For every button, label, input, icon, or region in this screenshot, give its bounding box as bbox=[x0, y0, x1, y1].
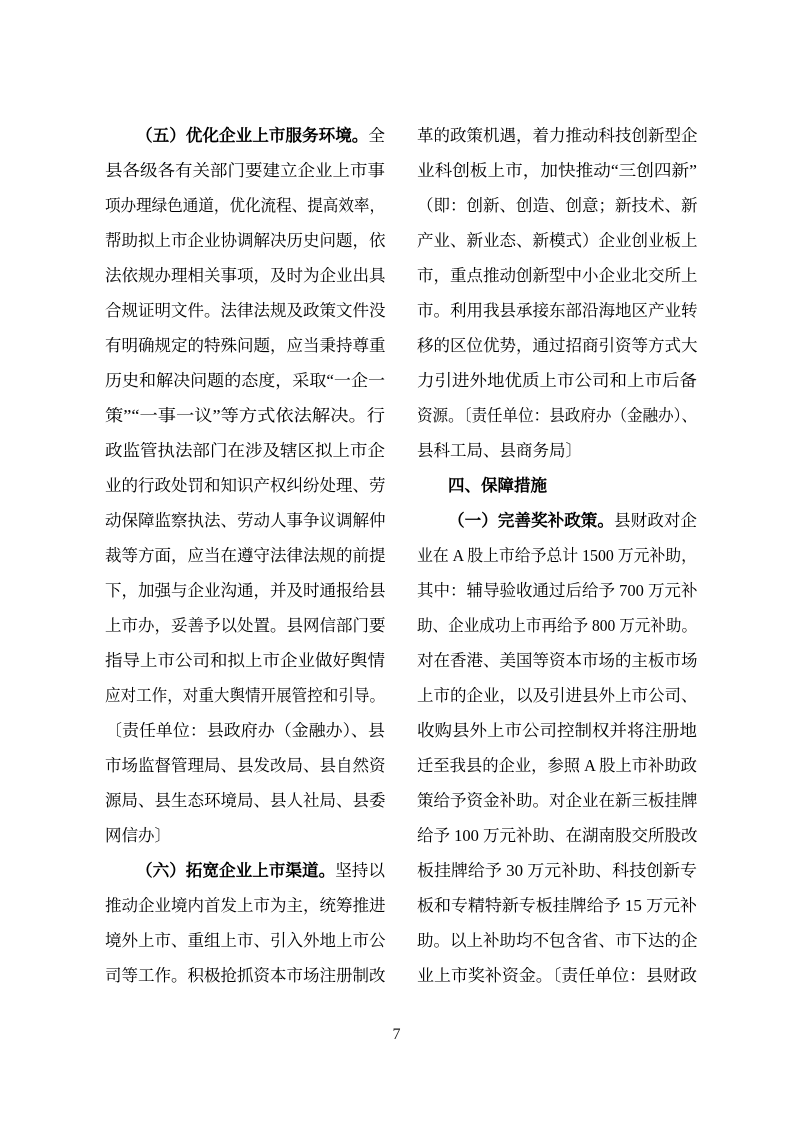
line-content: 市，重点推动创新型中小企业北交所上 bbox=[417, 258, 698, 293]
text-run: 策给予资金补助。对企业在新三板挂牌 bbox=[417, 791, 698, 810]
line-content: 合规证明文件。法律法规及政策文件没 bbox=[105, 293, 386, 328]
text-run: 助、企业成功上市再给予 800 万元补助。 bbox=[417, 616, 697, 635]
body-text-line: 助、企业成功上市再给予 800 万元补助。 bbox=[417, 608, 697, 643]
text-run: 全 bbox=[368, 126, 385, 145]
line-content: 法依规办理相关事项，及时为企业出具 bbox=[105, 258, 386, 293]
page-number: 7 bbox=[0, 1022, 793, 1048]
text-column-right: 革的政策机遇，着力推动科技创新型企业科创板上市，加快推动“三创四新”（即：创新、… bbox=[417, 118, 697, 993]
text-run: 上市办，妥善予以处置。县网信部门要 bbox=[105, 616, 386, 635]
body-text-line: 力引进外地优质上市公司和上市后备 bbox=[417, 363, 697, 398]
text-run: 县科工局、县商务局〕 bbox=[417, 441, 582, 460]
line-content: 市。利用我县承接东部沿海地区产业转 bbox=[417, 293, 698, 328]
text-run: 坚持以 bbox=[335, 861, 385, 880]
line-content: （即：创新、创造、创意；新技术、新 bbox=[417, 188, 698, 223]
body-text-line: 收购县外上市公司控制权并将注册地 bbox=[417, 713, 697, 748]
body-text-line: 给予 100 万元补助、在湖南股交所股改 bbox=[417, 818, 697, 853]
line-content: 县各级各有关部门要建立企业上市事 bbox=[105, 153, 385, 188]
text-run: 迁至我县的企业，参照 A 股上市补助政 bbox=[417, 756, 697, 775]
document-page: （五）优化企业上市服务环境。全县各级各有关部门要建立企业上市事项办理绿色通道，优… bbox=[0, 0, 793, 1122]
text-run: 动保障监察执法、劳动人事争议调解仲 bbox=[105, 511, 386, 530]
body-text-line: （一）完善奖补政策。县财政对企 bbox=[417, 503, 697, 538]
text-run: 资源。〔责任单位：县政府办（金融办）、 bbox=[417, 406, 697, 425]
body-text-line: 革的政策机遇，着力推动科技创新型企 bbox=[417, 118, 697, 153]
bold-heading-run: （六）拓宽企业上市渠道。 bbox=[136, 862, 335, 880]
section-heading-line: 四、保障措施 bbox=[417, 468, 697, 503]
text-run: 历史和解决问题的态度，采取“一企一 bbox=[105, 371, 385, 390]
line-content: 业在 A 股上市给予总计 1500 万元补助， bbox=[417, 538, 697, 573]
line-content: （六）拓宽企业上市渠道。坚持以 bbox=[136, 853, 385, 889]
line-content: 革的政策机遇，着力推动科技创新型企 bbox=[417, 118, 698, 153]
text-run: 移的区位优势，通过招商引资等方式大 bbox=[417, 336, 698, 355]
body-text-line: 境外上市、重组上市、引入外地上市公 bbox=[105, 923, 385, 958]
line-content: 产业、新业态、新模式）企业创业板上 bbox=[417, 223, 698, 258]
body-text-line: 有明确规定的特殊问题，应当秉持尊重 bbox=[105, 328, 385, 363]
body-text-line: 源局、县生态环境局、县人社局、县委 bbox=[105, 783, 385, 818]
line-content: 有明确规定的特殊问题，应当秉持尊重 bbox=[105, 328, 386, 363]
text-run: 县各级各有关部门要建立企业上市事 bbox=[105, 161, 385, 180]
text-run: 板挂牌给予 30 万元补助、科技创新专 bbox=[417, 861, 697, 880]
text-run: 下，加强与企业沟通，并及时通报给县 bbox=[105, 581, 386, 600]
body-text-line: 项办理绿色通道，优化流程、提高效率， bbox=[105, 188, 385, 223]
text-run: 助。以上补助均不包含省、市下达的企 bbox=[417, 931, 698, 950]
text-run: 司等工作。积极抢抓资本市场注册制改 bbox=[105, 966, 386, 985]
line-content: 上市的企业，以及引进县外上市公司、 bbox=[417, 678, 698, 713]
text-run: 有明确规定的特殊问题，应当秉持尊重 bbox=[105, 336, 386, 355]
line-content: 移的区位优势，通过招商引资等方式大 bbox=[417, 328, 698, 363]
line-content: 业的行政处罚和知识产权纠纷处理、劳 bbox=[105, 468, 386, 503]
line-content: 裁等方面，应当在遵守法律法规的前提 bbox=[105, 538, 386, 573]
body-text-line: 资源。〔责任单位：县政府办（金融办）、 bbox=[417, 398, 697, 433]
text-run: 力引进外地优质上市公司和上市后备 bbox=[417, 371, 697, 390]
body-text-line: 应对工作，对重大舆情开展管控和引导。 bbox=[105, 678, 385, 713]
text-run: 市。利用我县承接东部沿海地区产业转 bbox=[417, 301, 698, 320]
line-content: 策给予资金补助。对企业在新三板挂牌 bbox=[417, 783, 698, 818]
body-text-line: 下，加强与企业沟通，并及时通报给县 bbox=[105, 573, 385, 608]
text-run: 网信办〕 bbox=[105, 826, 171, 845]
body-text-line: 裁等方面，应当在遵守法律法规的前提 bbox=[105, 538, 385, 573]
text-run: 裁等方面，应当在遵守法律法规的前提 bbox=[105, 546, 386, 565]
body-text-line: 网信办〕 bbox=[105, 818, 385, 853]
text-run: 法依规办理相关事项，及时为企业出具 bbox=[105, 266, 386, 285]
body-text-line: （五）优化企业上市服务环境。全 bbox=[105, 118, 385, 153]
line-content: 动保障监察执法、劳动人事争议调解仲 bbox=[105, 503, 386, 538]
line-content: 司等工作。积极抢抓资本市场注册制改 bbox=[105, 958, 386, 993]
body-text-line: 动保障监察执法、劳动人事争议调解仲 bbox=[105, 503, 385, 538]
line-content: 下，加强与企业沟通，并及时通报给县 bbox=[105, 573, 386, 608]
body-text-line: （六）拓宽企业上市渠道。坚持以 bbox=[105, 853, 385, 888]
body-text-line: 县科工局、县商务局〕 bbox=[417, 433, 697, 468]
text-run: 产业、新业态、新模式）企业创业板上 bbox=[417, 231, 698, 250]
body-text-line: （即：创新、创造、创意；新技术、新 bbox=[417, 188, 697, 223]
body-text-line: 业在 A 股上市给予总计 1500 万元补助， bbox=[417, 538, 697, 573]
body-text-line: 产业、新业态、新模式）企业创业板上 bbox=[417, 223, 697, 258]
text-run: 板和专精特新专板挂牌给予 15 万元补 bbox=[417, 896, 697, 915]
body-text-line: 对在香港、美国等资本市场的主板市场 bbox=[417, 643, 697, 678]
line-content: 业科创板上市，加快推动“三创四新” bbox=[417, 153, 697, 188]
body-text-line: 市。利用我县承接东部沿海地区产业转 bbox=[417, 293, 697, 328]
line-content: 历史和解决问题的态度，采取“一企一 bbox=[105, 363, 385, 398]
text-run: 县财政对企 bbox=[614, 511, 697, 530]
text-run: 收购县外上市公司控制权并将注册地 bbox=[417, 721, 697, 740]
body-text-line: 上市的企业，以及引进县外上市公司、 bbox=[417, 678, 697, 713]
text-run: 上市的企业，以及引进县外上市公司、 bbox=[417, 686, 698, 705]
bold-heading-run: （五）优化企业上市服务环境。 bbox=[136, 127, 368, 145]
text-run: 其中：辅导验收通过后给予 700 万元补 bbox=[417, 581, 698, 600]
line-content: 网信办〕 bbox=[105, 818, 171, 853]
text-run: 对在香港、美国等资本市场的主板市场 bbox=[417, 651, 698, 670]
text-run: 政监管执法部门在涉及辖区拟上市企 bbox=[105, 441, 385, 460]
text-run: 应对工作，对重大舆情开展管控和引导。 bbox=[105, 686, 385, 705]
body-text-line: 策”“一事一议”等方式依法解决。行 bbox=[105, 398, 385, 433]
text-run: 市场监督管理局、县发改局、县自然资 bbox=[105, 756, 386, 775]
text-run: 项办理绿色通道，优化流程、提高效率， bbox=[105, 196, 385, 215]
heading-run: 四、保障措施 bbox=[448, 477, 547, 495]
text-run: 指导上市公司和拟上市企业做好舆情 bbox=[105, 651, 385, 670]
line-content: 上市办，妥善予以处置。县网信部门要 bbox=[105, 608, 386, 643]
text-columns: （五）优化企业上市服务环境。全县各级各有关部门要建立企业上市事项办理绿色通道，优… bbox=[105, 118, 697, 993]
body-text-line: 业的行政处罚和知识产权纠纷处理、劳 bbox=[105, 468, 385, 503]
body-text-line: 法依规办理相关事项，及时为企业出具 bbox=[105, 258, 385, 293]
body-text-line: 〔责任单位：县政府办（金融办）、县 bbox=[105, 713, 385, 748]
body-text-line: 推动企业境内首发上市为主，统筹推进 bbox=[105, 888, 385, 923]
line-content: 项办理绿色通道，优化流程、提高效率， bbox=[105, 188, 385, 223]
line-content: 指导上市公司和拟上市企业做好舆情 bbox=[105, 643, 385, 678]
text-run: （即：创新、创造、创意；新技术、新 bbox=[417, 196, 698, 215]
line-content: 县科工局、县商务局〕 bbox=[417, 433, 582, 468]
body-text-line: 板挂牌给予 30 万元补助、科技创新专 bbox=[417, 853, 697, 888]
line-content: 板和专精特新专板挂牌给予 15 万元补 bbox=[417, 888, 697, 923]
line-content: 其中：辅导验收通过后给予 700 万元补 bbox=[417, 573, 698, 608]
line-content: （一）完善奖补政策。县财政对企 bbox=[448, 503, 697, 539]
line-content: 境外上市、重组上市、引入外地上市公 bbox=[105, 923, 386, 958]
body-text-line: 合规证明文件。法律法规及政策文件没 bbox=[105, 293, 385, 328]
text-run: 革的政策机遇，着力推动科技创新型企 bbox=[417, 126, 698, 145]
body-text-line: 司等工作。积极抢抓资本市场注册制改 bbox=[105, 958, 385, 993]
text-run: 业科创板上市，加快推动“三创四新” bbox=[417, 161, 697, 180]
line-content: 政监管执法部门在涉及辖区拟上市企 bbox=[105, 433, 385, 468]
line-content: 〔责任单位：县政府办（金融办）、县 bbox=[105, 713, 385, 748]
body-text-line: 指导上市公司和拟上市企业做好舆情 bbox=[105, 643, 385, 678]
line-content: 助。以上补助均不包含省、市下达的企 bbox=[417, 923, 698, 958]
body-text-line: 政监管执法部门在涉及辖区拟上市企 bbox=[105, 433, 385, 468]
line-content: 推动企业境内首发上市为主，统筹推进 bbox=[105, 888, 386, 923]
text-run: 合规证明文件。法律法规及政策文件没 bbox=[105, 301, 386, 320]
text-run: 业在 A 股上市给予总计 1500 万元补助， bbox=[417, 546, 697, 565]
body-text-line: 县各级各有关部门要建立企业上市事 bbox=[105, 153, 385, 188]
text-run: 〔责任单位：县政府办（金融办）、县 bbox=[105, 721, 385, 740]
body-text-line: 迁至我县的企业，参照 A 股上市补助政 bbox=[417, 748, 697, 783]
line-content: 资源。〔责任单位：县政府办（金融办）、 bbox=[417, 398, 697, 433]
line-content: 业上市奖补资金。〔责任单位：县财政 bbox=[417, 958, 697, 993]
text-run: 市，重点推动创新型中小企业北交所上 bbox=[417, 266, 698, 285]
body-text-line: 移的区位优势，通过招商引资等方式大 bbox=[417, 328, 697, 363]
text-run: 境外上市、重组上市、引入外地上市公 bbox=[105, 931, 386, 950]
line-content: 助、企业成功上市再给予 800 万元补助。 bbox=[417, 608, 697, 643]
body-text-line: 策给予资金补助。对企业在新三板挂牌 bbox=[417, 783, 697, 818]
body-text-line: 板和专精特新专板挂牌给予 15 万元补 bbox=[417, 888, 697, 923]
text-run: 推动企业境内首发上市为主，统筹推进 bbox=[105, 896, 386, 915]
body-text-line: 帮助拟上市企业协调解决历史问题，依 bbox=[105, 223, 385, 258]
line-content: 应对工作，对重大舆情开展管控和引导。 bbox=[105, 678, 385, 713]
line-content: 对在香港、美国等资本市场的主板市场 bbox=[417, 643, 698, 678]
bold-heading-run: （一）完善奖补政策。 bbox=[448, 512, 614, 530]
line-content: 收购县外上市公司控制权并将注册地 bbox=[417, 713, 697, 748]
line-content: 四、保障措施 bbox=[448, 468, 547, 504]
line-content: 板挂牌给予 30 万元补助、科技创新专 bbox=[417, 853, 697, 888]
line-content: 力引进外地优质上市公司和上市后备 bbox=[417, 363, 697, 398]
body-text-line: 其中：辅导验收通过后给予 700 万元补 bbox=[417, 573, 697, 608]
line-content: （五）优化企业上市服务环境。全 bbox=[136, 118, 385, 154]
line-content: 帮助拟上市企业协调解决历史问题，依 bbox=[105, 223, 386, 258]
line-content: 源局、县生态环境局、县人社局、县委 bbox=[105, 783, 386, 818]
body-text-line: 业上市奖补资金。〔责任单位：县财政 bbox=[417, 958, 697, 993]
body-text-line: 市场监督管理局、县发改局、县自然资 bbox=[105, 748, 385, 783]
text-run: 策”“一事一议”等方式依法解决。行 bbox=[105, 406, 385, 425]
text-run: 业上市奖补资金。〔责任单位：县财政 bbox=[417, 966, 697, 985]
text-column-left: （五）优化企业上市服务环境。全县各级各有关部门要建立企业上市事项办理绿色通道，优… bbox=[105, 118, 385, 993]
text-run: 帮助拟上市企业协调解决历史问题，依 bbox=[105, 231, 386, 250]
body-text-line: 上市办，妥善予以处置。县网信部门要 bbox=[105, 608, 385, 643]
body-text-line: 助。以上补助均不包含省、市下达的企 bbox=[417, 923, 697, 958]
line-content: 迁至我县的企业，参照 A 股上市补助政 bbox=[417, 748, 697, 783]
line-content: 策”“一事一议”等方式依法解决。行 bbox=[105, 398, 385, 433]
body-text-line: 业科创板上市，加快推动“三创四新” bbox=[417, 153, 697, 188]
text-run: 给予 100 万元补助、在湖南股交所股改 bbox=[417, 826, 698, 845]
text-run: 业的行政处罚和知识产权纠纷处理、劳 bbox=[105, 476, 386, 495]
line-content: 给予 100 万元补助、在湖南股交所股改 bbox=[417, 818, 698, 853]
body-text-line: 市，重点推动创新型中小企业北交所上 bbox=[417, 258, 697, 293]
body-text-line: 历史和解决问题的态度，采取“一企一 bbox=[105, 363, 385, 398]
line-content: 市场监督管理局、县发改局、县自然资 bbox=[105, 748, 386, 783]
text-run: 源局、县生态环境局、县人社局、县委 bbox=[105, 791, 386, 810]
